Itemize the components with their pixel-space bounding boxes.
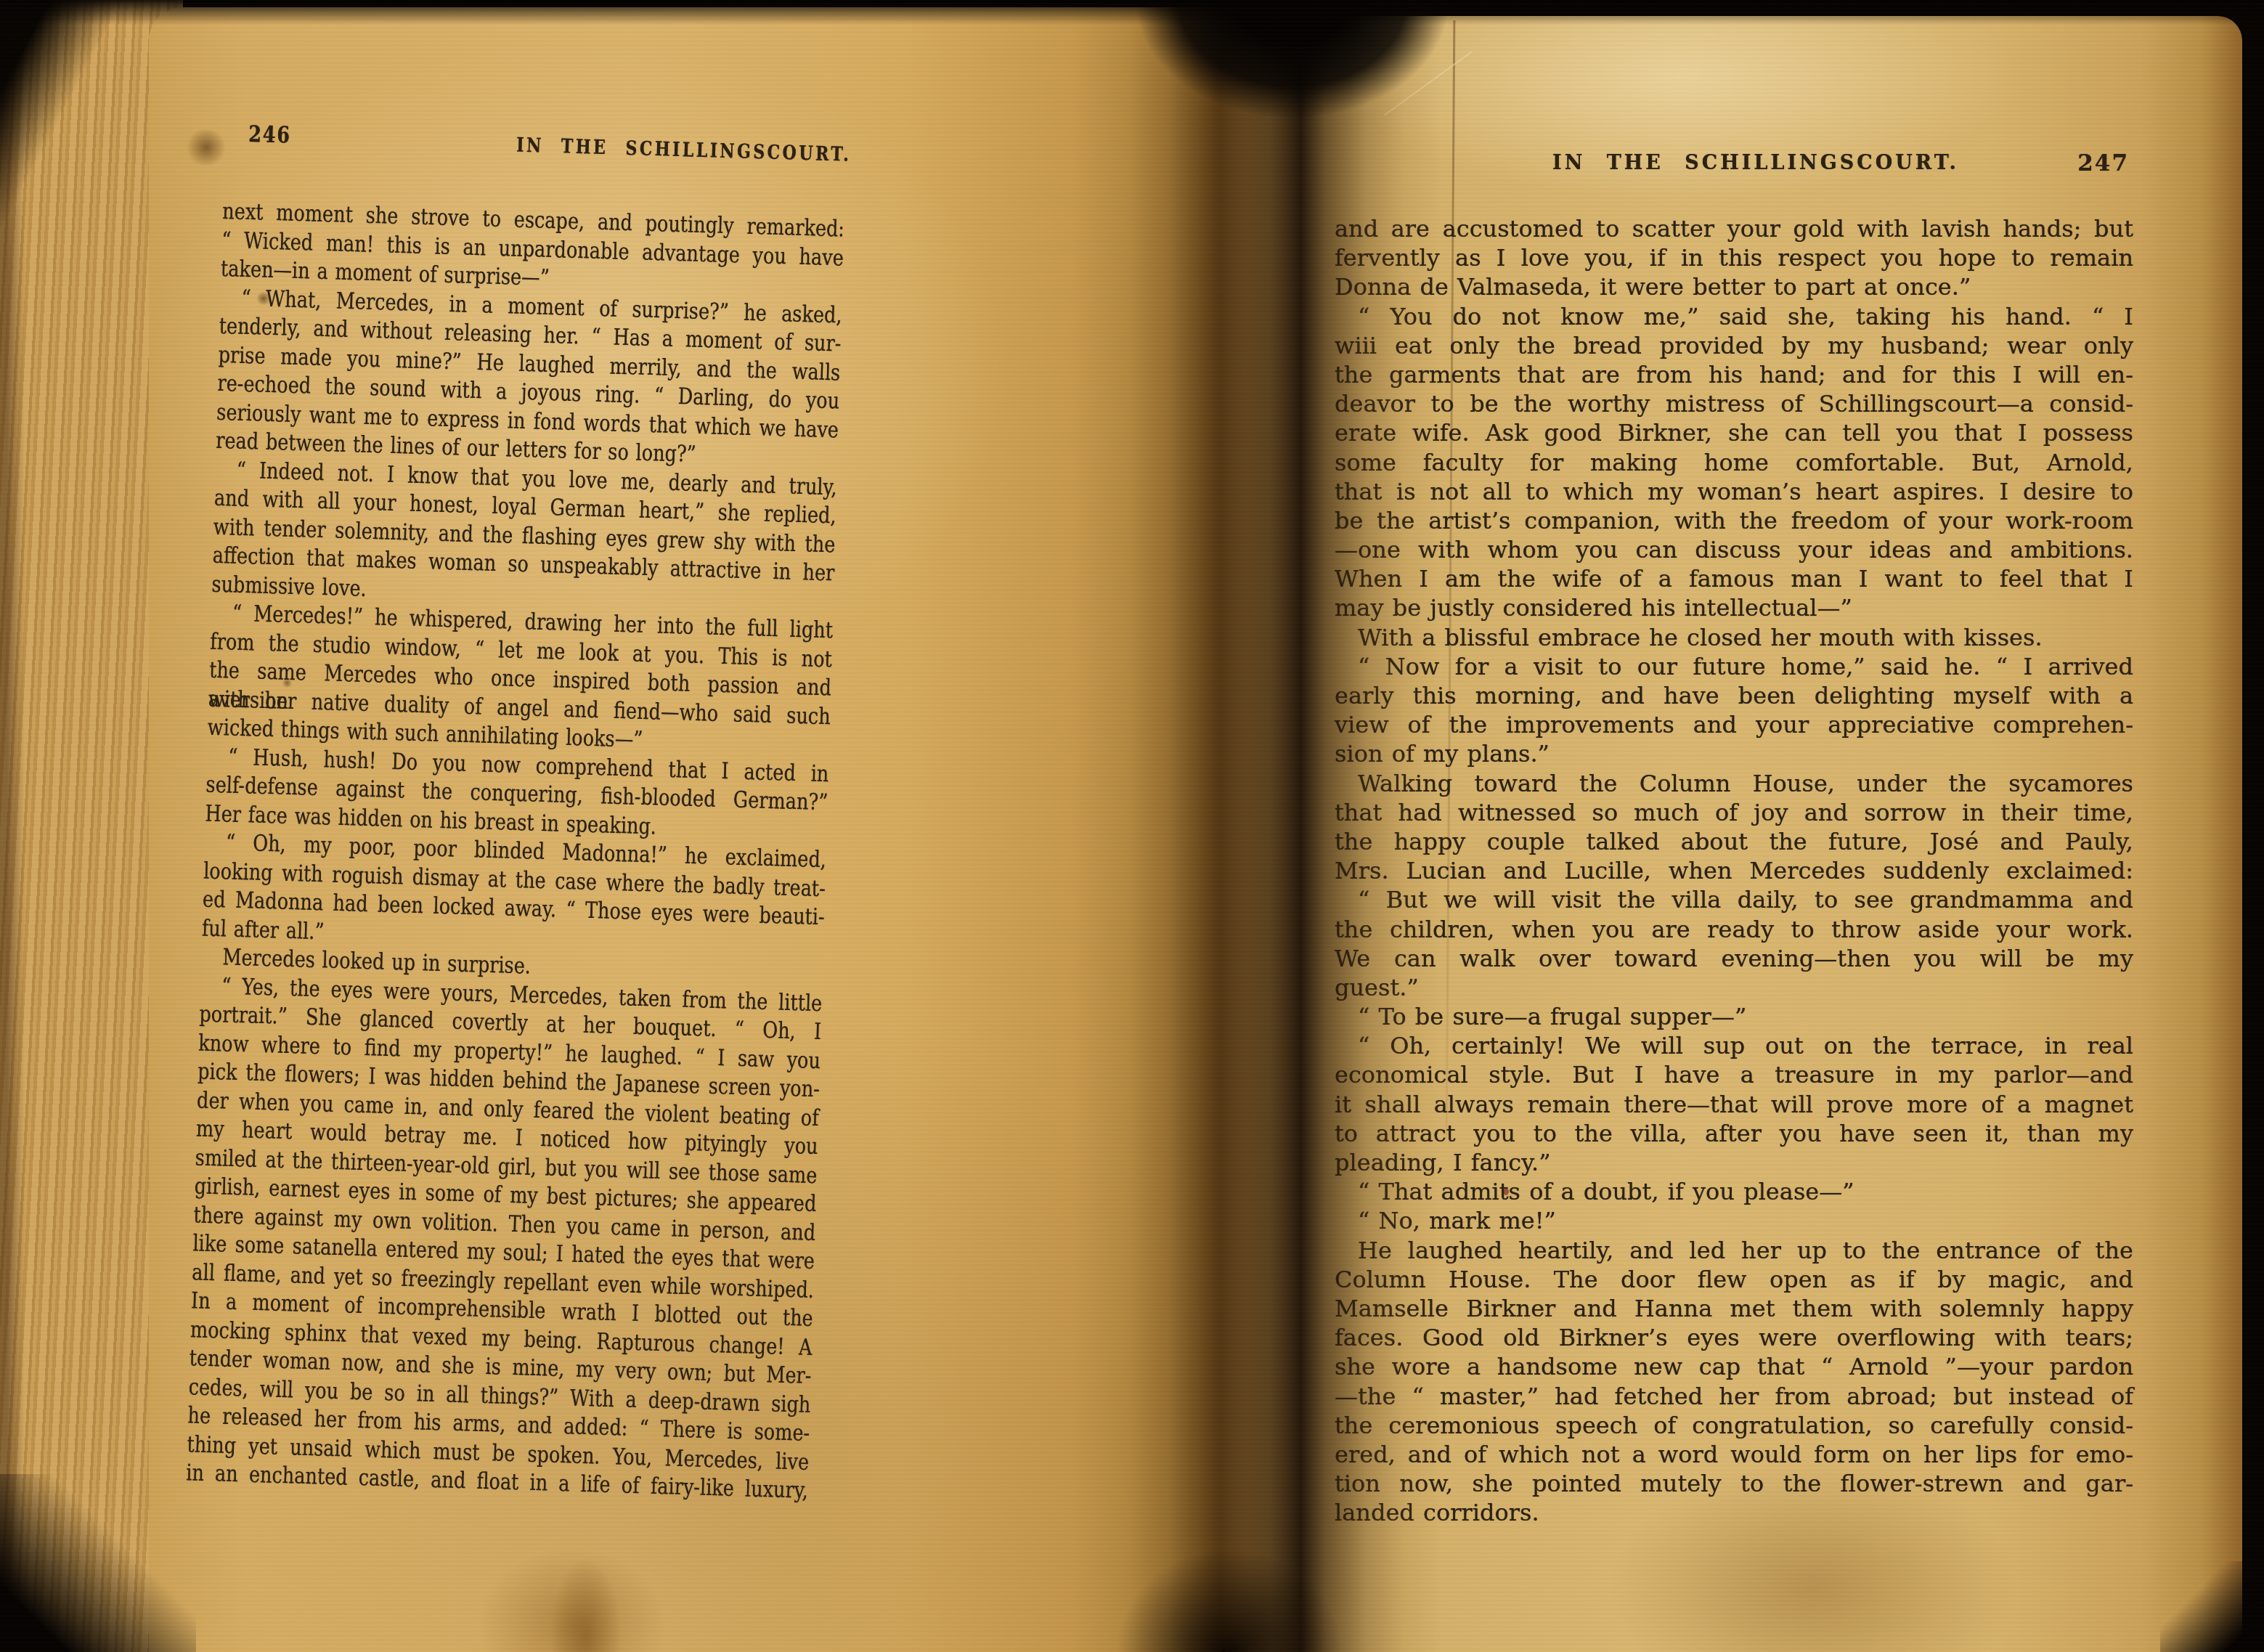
text-line: it shall always remain there—that will p…	[1335, 1090, 2133, 1119]
text-line: that is not all to which my woman’s hear…	[1335, 477, 2133, 506]
text-line: the happy couple talked about the future…	[1335, 827, 2133, 856]
top-edge-shadow	[0, 0, 2264, 25]
text-line: the children, when you are ready to thro…	[1335, 915, 2133, 944]
text-line: Mrs. Lucian and Lucille, when Mercedes s…	[1335, 856, 2133, 885]
text-line: Column House. The door flew open as if b…	[1335, 1265, 2133, 1294]
text-line: We can walk over toward evening—then you…	[1335, 944, 2133, 973]
gutter-shadow	[1129, 0, 1441, 1652]
text-line: “ But we will visit the villa daily, to …	[1335, 885, 2133, 914]
text-line: With a blissful embrace he closed her mo…	[1335, 623, 2133, 652]
water-stain	[539, 1502, 633, 1652]
text-line: to attract you to the villa, after you h…	[1335, 1119, 2133, 1148]
text-line: be the artist’s companion, with the free…	[1335, 506, 2133, 535]
text-line: the ceremonious speech of congratulation…	[1335, 1411, 2133, 1440]
left-page-body-text: next moment she strove to escape, and po…	[186, 153, 847, 1505]
text-line: the garments that are from his hand; and…	[1335, 360, 2133, 389]
text-line: “ No, mark me!”	[1335, 1206, 2133, 1235]
text-line: fervently as I love you, if in this resp…	[1335, 243, 2133, 272]
text-line: pleading, I fancy.”	[1335, 1148, 2133, 1177]
text-line: sion of my plans.”	[1335, 739, 2133, 768]
text-line: erate wife. Ask good Birkner, she can te…	[1335, 418, 2133, 447]
text-line: faces. Good old Birkner’s eyes were over…	[1335, 1323, 2133, 1352]
text-line: deavor to be the worthy mistress of Schi…	[1335, 389, 2133, 418]
text-line: “ That admits of a doubt, if you please—…	[1335, 1177, 2133, 1206]
text-line: that had witnessed so much of joy and so…	[1335, 798, 2133, 827]
text-line: early this morning, and have been deligh…	[1335, 681, 2133, 710]
text-line: —the “ master,” had fetched her from abr…	[1335, 1382, 2133, 1411]
text-line: “ To be sure—a frugal supper—”	[1335, 1002, 2133, 1031]
text-line: —one with whom you can discuss your idea…	[1335, 535, 2133, 564]
text-line: and are accustomed to scatter your gold …	[1335, 214, 2133, 243]
ink-blotch	[185, 129, 227, 166]
text-line: economical style. But I have a treasure …	[1335, 1060, 2133, 1089]
right-page-body-text: and are accustomed to scatter your gold …	[1335, 182, 2133, 1527]
text-line: Walking toward the Column House, under t…	[1335, 769, 2133, 798]
text-line: may be justly considered his intellectua…	[1335, 593, 2133, 622]
text-line: When I am the wife of a famous man I wan…	[1335, 564, 2133, 593]
open-book-photo: 246 IN THE SCHILLINGSCOURT. next moment …	[0, 0, 2264, 1652]
text-line: “ Now for a visit to our future home,” s…	[1335, 652, 2133, 681]
bottom-right-corner-shadow	[2160, 1561, 2264, 1652]
text-line: Mamselle Birkner and Hanna met them with…	[1335, 1294, 2133, 1323]
gutter-bottom-shadow	[1073, 1509, 1385, 1652]
text-line: guest.”	[1335, 973, 2133, 1002]
text-line: He laughed heartily, and led her up to t…	[1335, 1236, 2133, 1265]
page-number: 246	[248, 121, 291, 150]
bottom-left-corner-shadow	[0, 1474, 196, 1652]
text-line: she wore a handsome new cap that “ Arnol…	[1335, 1352, 2133, 1381]
left-page-text-block: 246 IN THE SCHILLINGSCOURT. next moment …	[186, 120, 847, 1505]
right-page-text-block: IN THE SCHILLINGSCOURT. 247 and are accu…	[1335, 149, 2133, 1527]
page-number: 247	[2077, 149, 2129, 178]
text-line: landed corridors.	[1335, 1498, 2133, 1527]
text-line: “ You do not know me,” said she, taking …	[1335, 302, 2133, 331]
text-line: tion now, she pointed mutely to the flow…	[1335, 1469, 2133, 1498]
text-line: “ Oh, certainly! We will sup out on the …	[1335, 1031, 2133, 1060]
running-title: IN THE SCHILLINGSCOURT.	[1552, 149, 1959, 178]
text-line: some faculty for making home comfortable…	[1335, 448, 2133, 477]
text-line: ered, and of which not a word would form…	[1335, 1440, 2133, 1469]
text-line: view of the improvements and your apprec…	[1335, 710, 2133, 739]
text-line: wiii eat only the bread provided by my h…	[1335, 331, 2133, 360]
text-line: Donna de Valmaseda, it were better to pa…	[1335, 272, 2133, 301]
